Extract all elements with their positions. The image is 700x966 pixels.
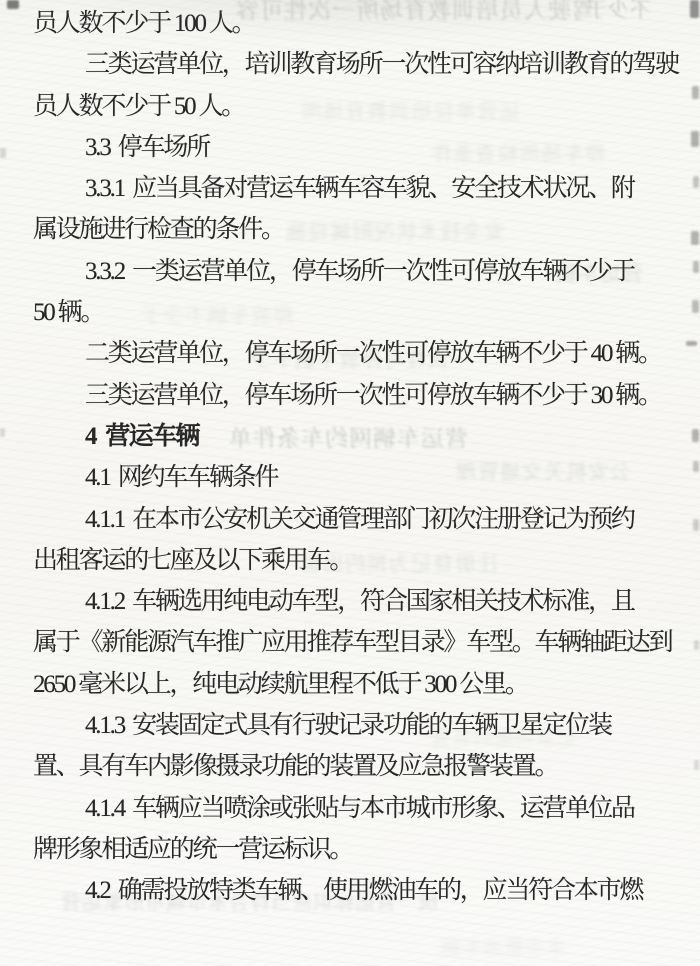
scanned-document-page: 驾驶人员培训教育场所一次性可容不少于运营单位培训教育场所停车场所检查条件安全技术…	[0, 0, 700, 966]
text-line: 4.1 网约车车辆条件	[33, 457, 694, 498]
text-line: 三类运营单位，停车场所一次性可停放车辆不少于 30 辆。	[33, 375, 694, 416]
scan-edge-mark	[690, 0, 699, 18]
scan-edge-mark	[693, 461, 699, 472]
text-line: 二类运营单位，停车场所一次性可停放车辆不少于 40 辆。	[33, 333, 694, 374]
text-line: 3.3 停车场所	[33, 127, 694, 168]
text-line: 4.1.4 车辆应当喷涂或张贴与本市城市形象、运营单位品	[33, 788, 694, 829]
text-line: 2650 毫米以上，纯电动续航里程不低于 300 公里。	[33, 664, 694, 705]
text-line: 4.2 确需投放特类车辆、使用燃油车的，应当符合本市燃	[33, 870, 694, 911]
heading-line: 4 营运车辆	[33, 416, 694, 457]
text-line: 属于《新能源汽车推广应用推荐车型目录》车型。车辆轴距达到	[33, 622, 694, 663]
scan-edge-mark	[693, 261, 699, 273]
scan-edge-mark	[0, 148, 6, 158]
scan-edge-mark	[694, 640, 699, 650]
bleed-through-text: 本市燃油车辆	[440, 932, 566, 961]
text-line: 牌形象相适应的统一营运标识。	[33, 829, 694, 870]
text-line: 员人数不少于 50 人。	[33, 86, 694, 127]
text-line: 4.1.3 安装固定式具有行驶记录功能的车辆卫星定位装	[33, 705, 694, 746]
scan-edge-mark	[692, 300, 699, 313]
text-line: 三类运营单位，培训教育场所一次性可容纳培训教育的驾驶	[33, 44, 694, 85]
scan-edge-mark	[691, 131, 699, 147]
text-line: 出租客运的七座及以下乘用车。	[33, 540, 694, 581]
text-line: 4.1.1 在本市公安机关交通管理部门初次注册登记为预约	[33, 499, 694, 540]
text-line: 置、具有车内影像摄录功能的装置及应急报警装置。	[33, 746, 694, 787]
text-line: 3.3.1 应当具备对营运车辆车容车貌、安全技术状况、附	[33, 168, 694, 209]
scan-edge-mark	[692, 86, 699, 99]
text-line: 50 辆。	[33, 292, 694, 333]
scan-edge-mark	[686, 341, 697, 346]
scan-edge-mark	[692, 429, 699, 442]
scan-edge-mark	[694, 760, 699, 770]
document-lines: 员人数不少于 100 人。三类运营单位，培训教育场所一次性可容纳培训教育的驾驶员…	[0, 3, 700, 912]
scan-edge-mark	[693, 519, 699, 531]
text-line: 4.1.2 车辆选用纯电动车型，符合国家相关技术标准，且	[33, 581, 694, 622]
text-line: 员人数不少于 100 人。	[33, 3, 694, 44]
scan-edge-mark	[693, 176, 699, 188]
text-line: 3.3.2 一类运营单位，停车场所一次性可停放车辆不少于	[33, 251, 694, 292]
scan-edge-mark	[691, 231, 699, 245]
text-line: 属设施进行检查的条件。	[33, 209, 694, 250]
scan-edge-mark	[7, 0, 19, 9]
scan-edge-mark	[0, 428, 5, 437]
